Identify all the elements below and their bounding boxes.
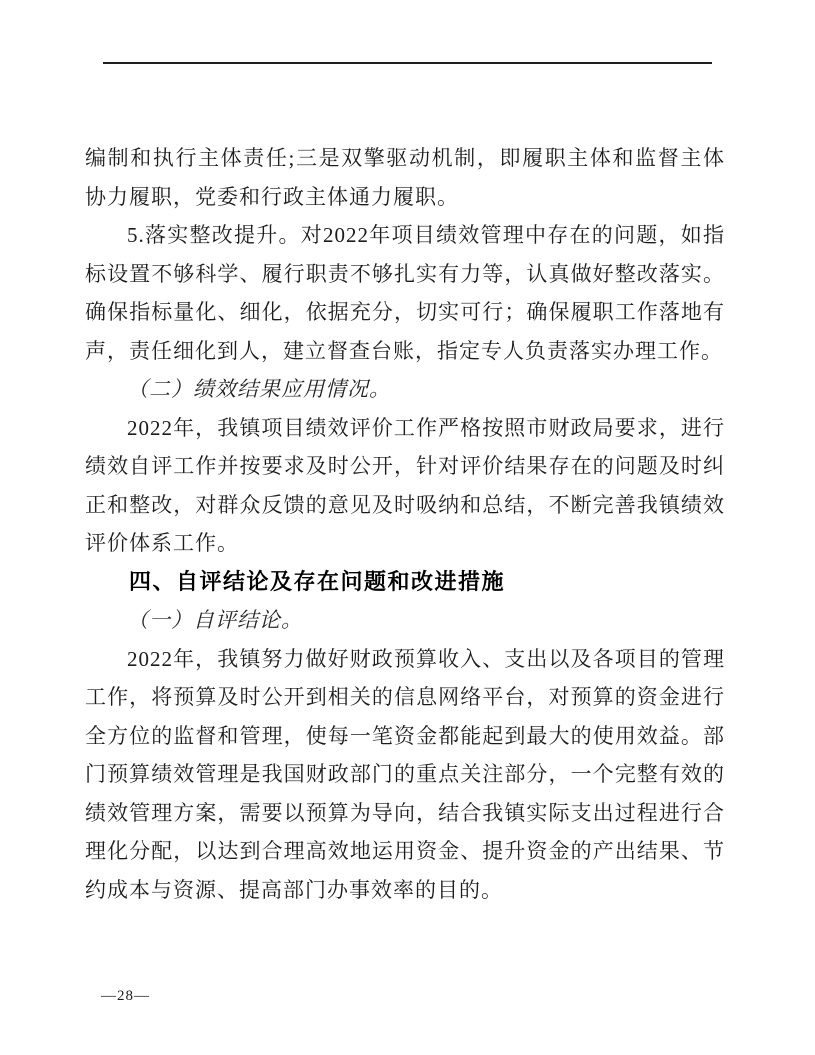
page-number: —28— [101,988,150,1005]
paragraph: 2022年，我镇项目绩效评价工作严格按照市财政局要求，进行绩效自评工作并按要求及… [85,409,725,563]
section-heading: 四、自评结论及存在问题和改进措施 [85,563,725,602]
text-line: 2022年，我镇努力做好财政预算收入、支出以及各项目的管理 [85,640,725,679]
text-line: 理化分配，以达到合理高效地运用资金、提升资金的产出结果、节 [85,832,725,871]
text-line: （二）绩效结果应用情况。 [85,370,725,409]
header-divider [103,62,712,64]
text-line: 声，责任细化到人，建立督查台账，指定专人负责落实办理工作。 [85,332,725,371]
text-line: 2022年，我镇项目绩效评价工作严格按照市财政局要求，进行 [85,409,725,448]
text-line: 全方位的监督和管理，使每一笔资金都能起到最大的使用效益。部 [85,717,725,756]
paragraph: （一）自评结论。 [85,601,725,640]
text-line: 约成本与资源、提高部门办事效率的目的。 [85,871,725,910]
text-line: 工作，将预算及时公开到相关的信息网络平台，对预算的资金进行 [85,678,725,717]
text-line: 编制和执行主体责任;三是双擎驱动机制，即履职主体和监督主体 [85,139,725,178]
text-line: 评价体系工作。 [85,524,725,563]
paragraph: 编制和执行主体责任;三是双擎驱动机制，即履职主体和监督主体协力履职，党委和行政主… [85,139,725,216]
paragraph: 2022年，我镇努力做好财政预算收入、支出以及各项目的管理工作，将预算及时公开到… [85,640,725,910]
text-line: 正和整改，对群众反馈的意见及时吸纳和总结，不断完善我镇绩效 [85,486,725,525]
document-body: 编制和执行主体责任;三是双擎驱动机制，即履职主体和监督主体协力履职，党委和行政主… [85,139,725,909]
text-line: 5.落实整改提升。对2022年项目绩效管理中存在的问题，如指 [85,216,725,255]
text-line: 绩效管理方案，需要以预算为导向，结合我镇实际支出过程进行合 [85,794,725,833]
text-line: 绩效自评工作并按要求及时公开，针对评价结果存在的问题及时纠 [85,447,725,486]
document-page: 编制和执行主体责任;三是双擎驱动机制，即履职主体和监督主体协力履职，党委和行政主… [0,0,815,1055]
text-line: （一）自评结论。 [85,601,725,640]
text-line: 标设置不够科学、履行职责不够扎实有力等，认真做好整改落实。 [85,255,725,294]
text-line: 协力履职，党委和行政主体通力履职。 [85,178,725,217]
text-line: 门预算绩效管理是我国财政部门的重点关注部分，一个完整有效的 [85,755,725,794]
text-line: 确保指标量化、细化，依据充分，切实可行；确保履职工作落地有 [85,293,725,332]
text-line: 四、自评结论及存在问题和改进措施 [85,563,725,602]
paragraph: 5.落实整改提升。对2022年项目绩效管理中存在的问题，如指标设置不够科学、履行… [85,216,725,370]
paragraph: （二）绩效结果应用情况。 [85,370,725,409]
